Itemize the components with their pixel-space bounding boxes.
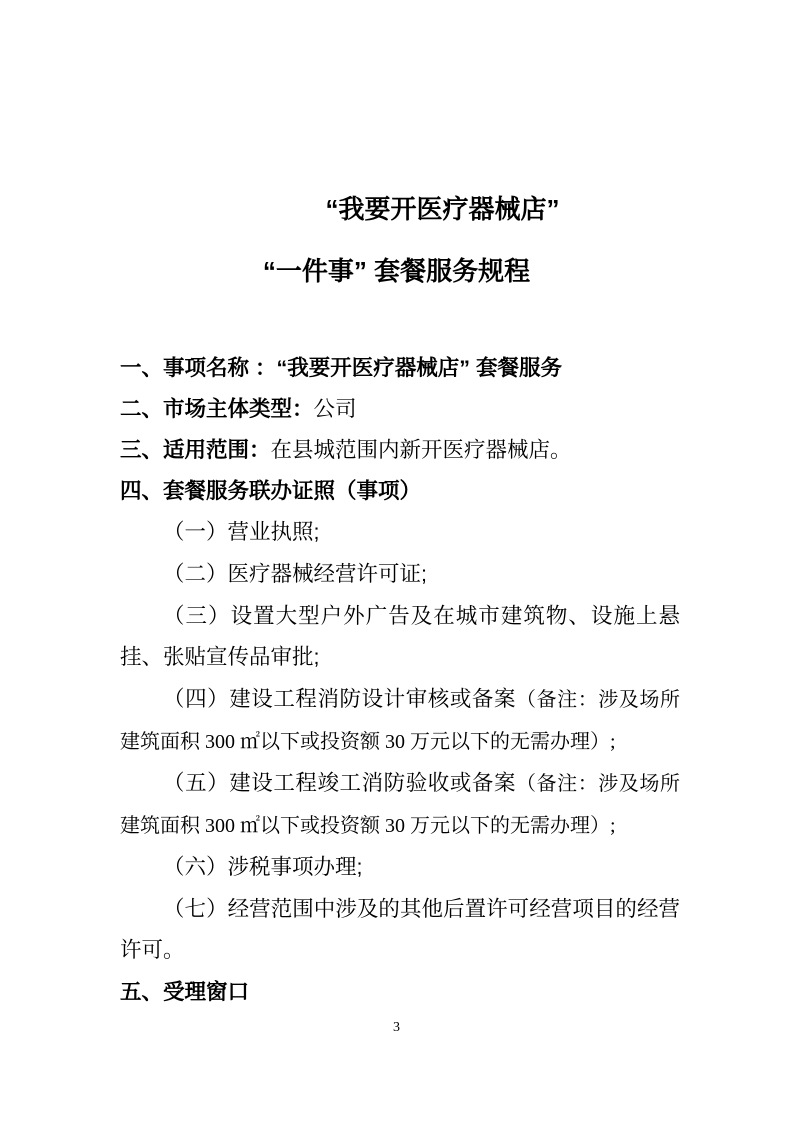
section-item-name: 一、事项名称 ：“我要开医疗器械店” 套餐服务 <box>120 348 680 389</box>
page-number: 3 <box>0 1019 793 1036</box>
section-scope: 三、适用范围：在县城范围内新开医疗器械店。 <box>120 430 680 471</box>
license-item-2-text: （二）医疗器械经营许可证; <box>163 562 427 586</box>
license-item-6: （六）涉税事项办理; <box>120 847 680 889</box>
license-item-4: （四）建设工程消防设计审核或备案（备注：涉及场所建筑面积 300 ㎡以下或投资额… <box>120 679 680 763</box>
section-window-heading: 五、受理窗口 <box>120 972 680 1013</box>
license-item-3: （三）设置大型户外广告及在城市建筑物、设施上悬挂、张贴宣传品审批; <box>120 596 680 679</box>
license-item-2: （二）医疗器械经营许可证; <box>120 554 680 596</box>
doc-body: 一、事项名称 ：“我要开医疗器械店” 套餐服务 二、市场主体类型：公司 三、适用… <box>120 348 680 1013</box>
license-item-5: （五）建设工程竣工消防验收或备案（备注：涉及场所建筑面积 300 ㎡以下或投资额… <box>120 763 680 847</box>
license-item-1-text: （一）营业执照; <box>163 520 319 544</box>
license-item-4-text: （四）建设工程消防设计审核或备案 <box>163 687 516 711</box>
license-item-7: （七）经营范围中涉及的其他后置许可经营项目的经营许可。 <box>120 889 680 972</box>
section-licenses-heading: 四、套餐服务联办证照（事项） <box>120 471 680 512</box>
document-page: “我要开医疗器械店” “一件事” 套餐服务规程 一、事项名称 ：“我要开医疗器械… <box>0 0 793 1122</box>
section-item-name-value: “我要开医疗器械店” 套餐服务 <box>276 356 561 380</box>
section-entity-type: 二、市场主体类型：公司 <box>120 389 680 430</box>
section-scope-label: 三、适用范围： <box>120 438 271 462</box>
license-item-5-text: （五）建设工程竣工消防验收或备案 <box>163 771 516 795</box>
doc-title-line1: “我要开医疗器械店” <box>46 194 793 225</box>
doc-title-line2: “一件事” 套餐服务规程 <box>0 256 793 287</box>
license-item-1: （一）营业执照; <box>120 512 680 554</box>
section-window-heading-label: 五、受理窗口 <box>120 980 249 1004</box>
section-entity-type-label: 二、市场主体类型： <box>120 397 314 421</box>
license-item-7-text: （七）经营范围中涉及的其他后置许可经营项目的经营许可。 <box>120 897 680 962</box>
license-item-6-text: （六）涉税事项办理; <box>163 855 362 879</box>
section-entity-type-value: 公司 <box>314 397 357 421</box>
section-item-name-label: 一、事项名称 ： <box>120 356 276 380</box>
license-item-3-text: （三）设置大型户外广告及在城市建筑物、设施上悬挂、张贴宣传品审批; <box>120 604 680 669</box>
section-scope-value: 在县城范围内新开医疗器械店。 <box>271 438 572 462</box>
section-licenses-heading-label: 四、套餐服务联办证照（事项） <box>120 479 421 503</box>
